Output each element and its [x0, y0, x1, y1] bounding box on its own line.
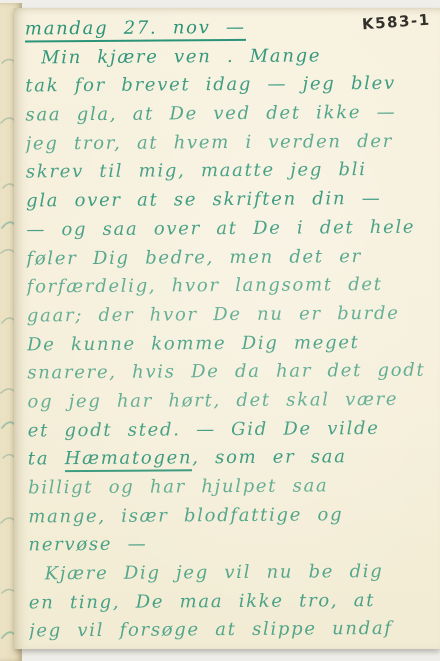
letter-line: gla over at se skriften din —	[26, 185, 437, 217]
letter-line: ta Hæmatogen, som er saa	[28, 443, 439, 475]
letter-line: forfærdelig, hvor langsomt det	[27, 271, 438, 303]
underlined-letter-text: mandag 27. nov —	[25, 17, 246, 43]
letter-line: Min kjære ven . Mange	[25, 41, 436, 73]
letter-line: skrev til mig, maatte jeg bli	[26, 156, 437, 188]
letter-page: K583-1 mandag 27. nov —Min kjære ven . M…	[14, 8, 440, 649]
letter-line-text: en ting, De maa ikke tro, at	[29, 590, 375, 613]
letter-line-text: gla over at se skriften din —	[26, 188, 381, 211]
letter-scan: K583-1 mandag 27. nov —Min kjære ven . M…	[0, 0, 440, 661]
letter-line: gaar; der hvor De nu er burde	[27, 299, 438, 331]
letter-line-text: jeg tror, at hvem i verden der	[26, 131, 393, 155]
letter-line-text: og jeg har hørt, det skal være	[27, 389, 398, 413]
letter-line: snarere, hvis De da har det godt —	[27, 357, 438, 389]
letter-line: saa gla, at De ved det ikke —	[25, 99, 436, 131]
letter-line-text: mange, især blodfattige og	[28, 504, 343, 527]
letter-line-text: snarere, hvis De da har det godt —	[27, 360, 438, 384]
letter-line: De kunne komme Dig meget	[27, 328, 438, 360]
letter-line-text: et godt sted. — Gid De vilde	[28, 418, 380, 441]
letter-line: mange, især blodfattige og	[28, 500, 439, 532]
letter-line: — og saa over at De i det hele	[26, 213, 437, 245]
letter-line-text: — og saa over at De i det hele	[26, 217, 415, 241]
letter-line-text: billigt og har hjulpet saa	[28, 475, 328, 498]
letter-line-text: gaar; der hvor De nu er burde	[27, 303, 400, 327]
letter-line-text: Min kjære ven . Mange	[41, 45, 321, 68]
letter-line: jeg tror, at hvem i verden der	[26, 127, 437, 159]
letter-line: en ting, De maa ikke tro, at	[29, 586, 440, 618]
letter-line-text: , som er saa	[192, 447, 347, 469]
letter-line-text: jeg vil forsøge at slippe undaf	[29, 618, 393, 642]
letter-line-text: skrev til mig, maatte jeg bli	[26, 159, 367, 182]
letter-line-text: Kjære Dig jeg vil nu be dig	[45, 561, 384, 584]
letter-line: mandag 27. nov —	[25, 13, 436, 45]
letter-line-text: forfærdelig, hvor langsomt det	[27, 274, 383, 297]
letter-line: jeg vil forsøge at slippe undaf	[29, 615, 440, 647]
letter-line-text: nervøse —	[28, 534, 147, 556]
letter-line-text: De kunne komme Dig meget	[27, 332, 360, 355]
letter-line-text: ta	[28, 448, 65, 469]
letter-line: billigt og har hjulpet saa	[28, 472, 439, 504]
letter-line: og jeg har hørt, det skal være	[27, 386, 438, 418]
letter-line: føler Dig bedre, men det er	[26, 242, 437, 274]
letter-line: et godt sted. — Gid De vilde	[28, 414, 439, 446]
letter-line: Kjære Dig jeg vil nu be dig	[29, 558, 440, 590]
letter-line-text: tak for brevet idag — jeg blev	[25, 73, 396, 97]
letter-line-text: saa gla, at De ved det ikke —	[25, 102, 396, 126]
letter-line-text: føler Dig bedre, men det er	[26, 246, 362, 269]
underlined-letter-text: Hæmatogen	[65, 448, 193, 473]
letter-line: tak for brevet idag — jeg blev	[25, 70, 436, 102]
letter-line: nervøse —	[28, 529, 439, 561]
letter-body: mandag 27. nov —Min kjære ven . Mangetak…	[25, 13, 440, 649]
